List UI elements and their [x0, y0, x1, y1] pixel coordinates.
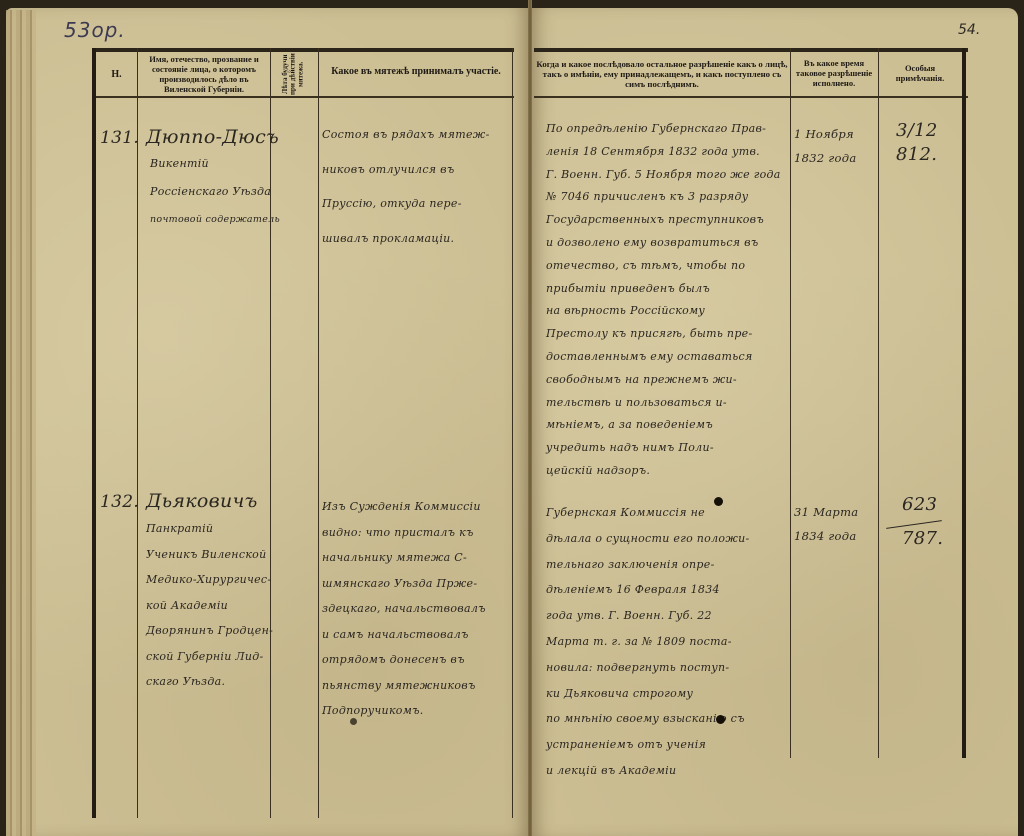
text-line: Пруссію, откуда пере- — [322, 187, 490, 222]
entry-resolution: По опредѣленію Губернскаго Прав- ленія 1… — [546, 118, 781, 483]
entry-note-bottom: 787. — [902, 528, 943, 549]
name-line: Ученикъ Виленской — [146, 542, 273, 568]
entry-resolution: Губернская Коммиссія не дѣлала о сущност… — [546, 500, 750, 784]
name-line: скаго Уѣзда. — [146, 669, 273, 695]
entry-number: 131. — [100, 128, 139, 148]
col-divider — [318, 48, 319, 818]
text-line: никовъ отлучился въ — [322, 153, 490, 188]
text-line: видно: что присталъ къ — [322, 520, 486, 546]
text-line: и лекцій въ Академіи — [546, 758, 750, 784]
text-line: Г. Военн. Губ. 5 Ноября того же года — [546, 164, 781, 187]
text-line: дѣленіемъ 16 Февраля 1834 — [546, 577, 750, 603]
text-line: ленія 18 Сентября 1832 года утв. — [546, 141, 781, 164]
col-divider — [790, 48, 791, 758]
text-line: шивалъ прокламаціи. — [322, 222, 490, 257]
header-rule — [92, 96, 514, 98]
header-participation: Какое въ мятежѣ принималъ участіе. — [322, 54, 510, 90]
text-line: и самъ начальствовалъ — [322, 622, 486, 648]
text-line: пьянству мятежниковъ — [322, 673, 486, 699]
entry-participation: Состоя въ рядахъ мятеж- никовъ отлучился… — [322, 118, 490, 256]
text-line: начальнику мятежа С- — [322, 545, 486, 571]
entry-surname: Дьяковичъ — [146, 490, 258, 512]
name-line: ской Губерніи Лид- — [146, 644, 273, 670]
header-executed: Въ какое время таковое разрѣшеніе исполн… — [792, 54, 876, 94]
text-line: и дозволено ему возвратиться въ — [546, 232, 781, 255]
entry-note-top: 623 — [902, 494, 937, 515]
text-line: Марта т. г. за № 1809 поста- — [546, 629, 750, 655]
top-rule — [534, 48, 968, 52]
name-line: Россіенскаго Уѣзда — [150, 178, 280, 206]
text-line: новила: подвергнуть поступ- — [546, 655, 750, 681]
right-border — [962, 48, 966, 758]
entry-note-bottom: 812. — [896, 144, 937, 165]
text-line: Состоя въ рядахъ мятеж- — [322, 118, 490, 153]
text-line: № 7046 причисленъ къ 3 разряду — [546, 186, 781, 209]
name-line: почтовой содержатель — [150, 206, 280, 234]
name-line: Медико-Хирургичес- — [146, 567, 273, 593]
folio-number-right: 54. — [958, 22, 980, 38]
text-line: Изъ Сужденія Коммиссіи — [322, 494, 486, 520]
text-line: прибытіи приведенъ былъ — [546, 278, 781, 301]
text-line: шмянскаго Уѣзда Прже- — [322, 571, 486, 597]
text-line: ки Дьяковича строгому — [546, 681, 750, 707]
text-line: Государственныхъ преступниковъ — [546, 209, 781, 232]
text-line: цейскій надзоръ. — [546, 460, 781, 483]
binding-hole — [350, 718, 357, 725]
text-line: здецкаго, начальствовалъ — [322, 596, 486, 622]
book-gutter — [528, 0, 532, 836]
left-border — [92, 48, 96, 818]
col-divider — [137, 48, 138, 818]
entry-executed-date: 31 Марта 1834 года — [794, 500, 858, 548]
text-line: дѣлала о сущности его положи- — [546, 526, 750, 552]
page-edges — [6, 10, 36, 836]
col-divider — [878, 48, 879, 758]
col-divider — [512, 48, 513, 818]
text-line: доставленнымъ ему оставаться — [546, 346, 781, 369]
text-line: отрядомъ донесенъ въ — [322, 647, 486, 673]
entry-name-details: Панкратій Ученикъ Виленской Медико-Хирур… — [146, 516, 273, 695]
text-line: тельнаго заключенія опре- — [546, 552, 750, 578]
header-notes: Особыя примѣчанія. — [880, 54, 960, 94]
name-line: кой Академіи — [146, 593, 273, 619]
name-line: Дворянинъ Гродцен- — [146, 618, 273, 644]
name-line: Викентій — [150, 150, 280, 178]
ledger-spread: 53ор. 54. Н. Имя, отечество, прозвание и… — [0, 0, 1024, 836]
header-rule — [534, 96, 968, 98]
header-age: Лѣта будучи при дѣйствіи мятежа. — [272, 52, 316, 96]
entry-executed-date: 1 Ноября 1832 года — [794, 122, 857, 170]
text-line: Престолу къ присягѣ, быть пре- — [546, 323, 781, 346]
date-line: 1 Ноября — [794, 122, 857, 146]
header-resolution: Когда и какое послѣдовало остальное разр… — [536, 54, 788, 94]
entry-number: 132. — [100, 492, 139, 512]
text-line: Подпоручикомъ. — [322, 698, 486, 724]
date-line: 1834 года — [794, 524, 858, 548]
text-line: мѣніемъ, а за поведеніемъ — [546, 414, 781, 437]
name-line: Панкратій — [146, 516, 273, 542]
text-line: отечество, съ тѣмъ, чтобы по — [546, 255, 781, 278]
text-line: года утв. Г. Военн. Губ. 22 — [546, 603, 750, 629]
header-number: Н. — [96, 54, 137, 96]
entry-name-details: Викентій Россіенскаго Уѣзда почтовой сод… — [150, 150, 280, 234]
binding-hole — [716, 715, 725, 724]
text-line: тельствѣ и пользоваться и- — [546, 392, 781, 415]
date-line: 1832 года — [794, 146, 857, 170]
binding-hole — [714, 497, 723, 506]
text-line: учредить надъ нимъ Поли- — [546, 437, 781, 460]
entry-participation: Изъ Сужденія Коммиссіи видно: что приста… — [322, 494, 486, 724]
text-line: По опредѣленію Губернскаго Прав- — [546, 118, 781, 141]
entry-note-top: 3/12 — [896, 120, 938, 141]
entry-surname: Дюппо-Дюсъ — [146, 126, 279, 148]
date-line: 31 Марта — [794, 500, 858, 524]
header-name: Имя, отечество, прозвание и состояніе ли… — [140, 54, 268, 96]
text-line: устраненіемъ отъ ученія — [546, 732, 750, 758]
text-line: на вѣрность Россійскому — [546, 300, 781, 323]
folio-number-left: 53ор. — [64, 18, 126, 42]
header-age-text: Лѣта будучи при дѣйствіи мятежа. — [282, 52, 305, 96]
text-line: свободнымъ на прежнемъ жи- — [546, 369, 781, 392]
